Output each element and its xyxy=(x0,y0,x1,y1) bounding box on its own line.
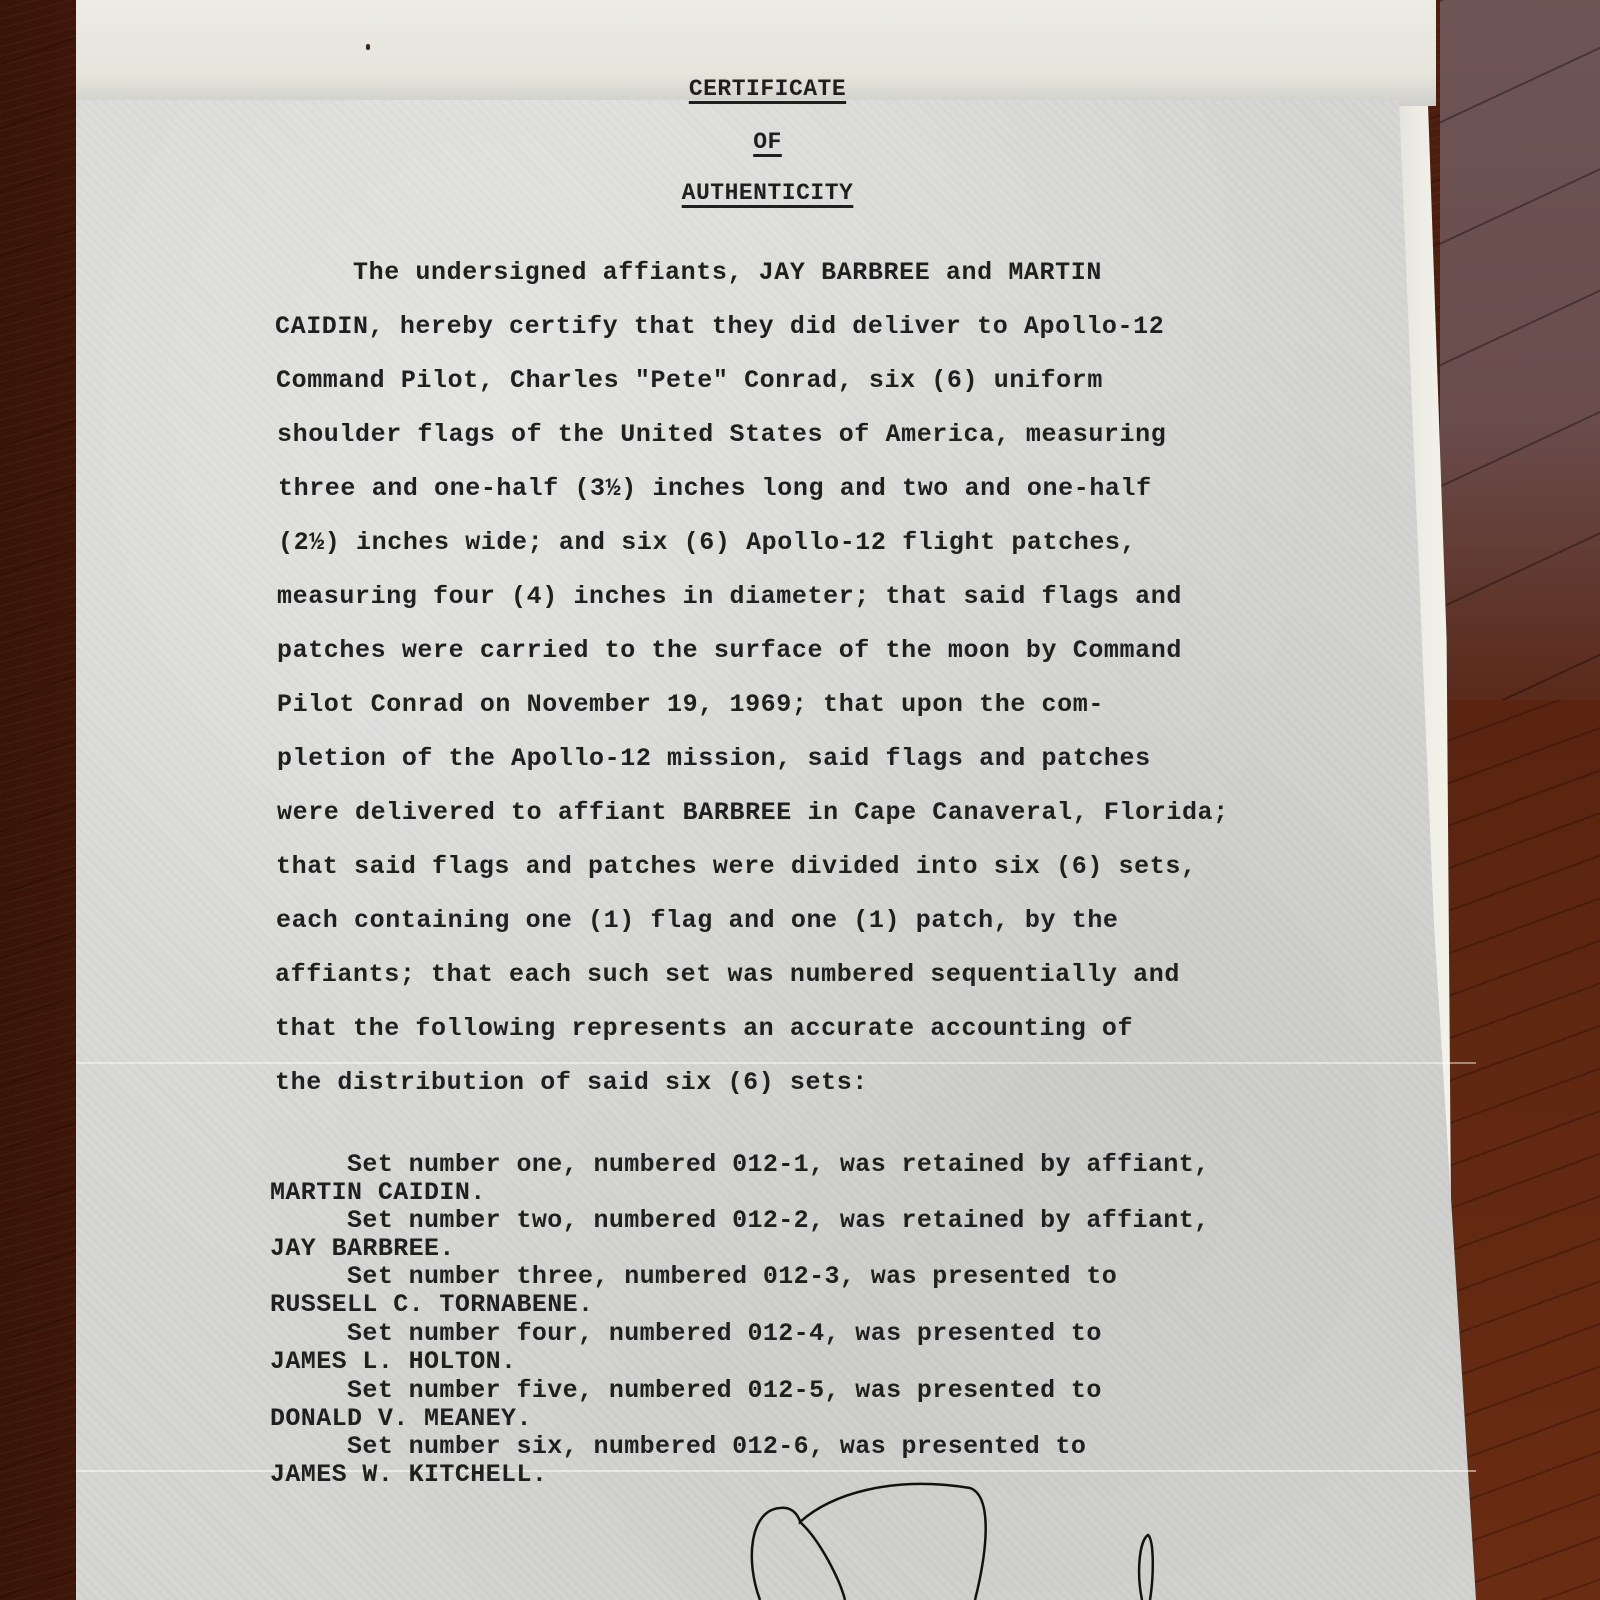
body-line: patches were carried to the surface of t… xyxy=(277,636,1182,665)
title-of: OF xyxy=(0,129,1535,155)
set-recipient: RUSSELL C. TORNABENE. xyxy=(270,1290,593,1319)
set-recipient: DONALD V. MEANEY. xyxy=(270,1404,532,1433)
set-entry: Set number five, numbered 012-5, was pre… xyxy=(270,1376,1102,1405)
body-line: CAIDIN, hereby certify that they did del… xyxy=(275,312,1164,341)
body-line: measuring four (4) inches in diameter; t… xyxy=(277,582,1182,611)
set-entry: Set number two, numbered 012-2, was reta… xyxy=(270,1206,1210,1235)
body-line: affiants; that each such set was numbere… xyxy=(275,960,1180,989)
set-entry: Set number three, numbered 012-3, was pr… xyxy=(270,1262,1117,1291)
body-line: Command Pilot, Charles "Pete" Conrad, si… xyxy=(276,366,1103,395)
body-line: pletion of the Apollo-12 mission, said f… xyxy=(277,744,1151,773)
body-line: (2½) inches wide; and six (6) Apollo-12 … xyxy=(278,528,1136,557)
body-line: the distribution of said six (6) sets: xyxy=(275,1068,868,1097)
body-line: Pilot Conrad on November 19, 1969; that … xyxy=(277,690,1104,719)
set-recipient: JAY BARBREE. xyxy=(270,1234,455,1263)
body-line: shoulder flags of the United States of A… xyxy=(277,420,1166,449)
set-recipient: JAMES W. KITCHELL. xyxy=(270,1460,547,1489)
set-entry: Set number four, numbered 012-4, was pre… xyxy=(270,1319,1102,1348)
body-line: three and one-half (3½) inches long and … xyxy=(278,474,1152,503)
certificate-document: CERTIFICATE OF AUTHENTICITY The undersig… xyxy=(0,0,1600,1600)
set-recipient: JAMES L. HOLTON. xyxy=(270,1347,516,1376)
title-certificate: CERTIFICATE xyxy=(0,76,1535,102)
body-line: The undersigned affiants, JAY BARBREE an… xyxy=(275,258,1102,287)
set-recipient: MARTIN CAIDIN. xyxy=(270,1178,486,1207)
set-entry: Set number one, numbered 012-1, was reta… xyxy=(270,1150,1210,1179)
signature-icon xyxy=(740,1480,1260,1600)
title-authenticity: AUTHENTICITY xyxy=(0,180,1535,206)
body-line: that the following represents an accurat… xyxy=(275,1014,1133,1043)
body-line: each containing one (1) flag and one (1)… xyxy=(276,906,1119,935)
body-line: that said flags and patches were divided… xyxy=(276,852,1197,881)
body-line: were delivered to affiant BARBREE in Cap… xyxy=(277,798,1229,827)
set-entry: Set number six, numbered 012-6, was pres… xyxy=(270,1432,1086,1461)
